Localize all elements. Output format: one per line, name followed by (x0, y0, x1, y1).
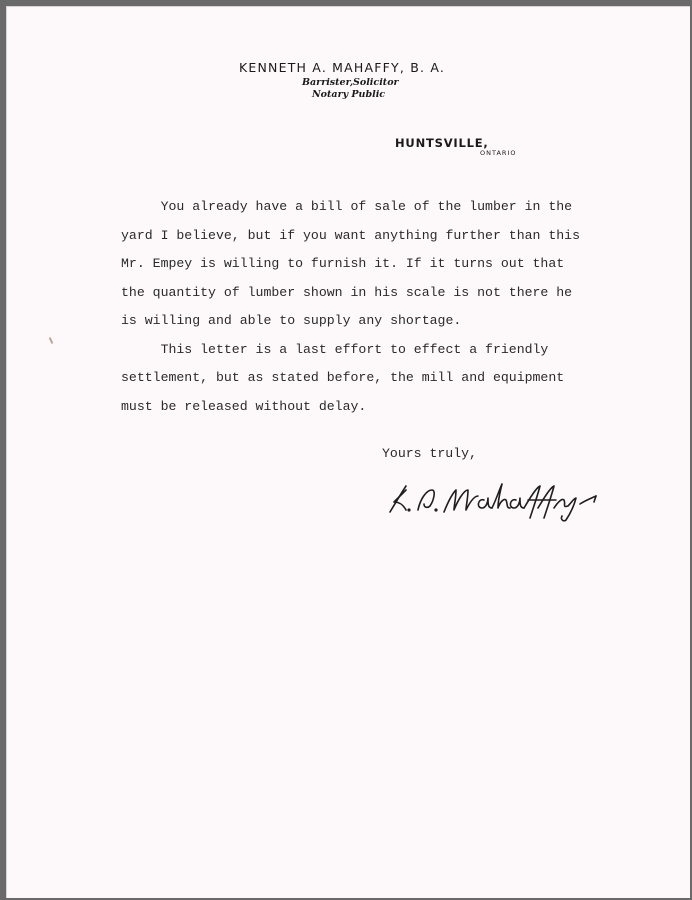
letterhead-title-notary: Notary Public (312, 89, 385, 100)
body-line: settlement, but as stated before, the mi… (121, 364, 621, 393)
letterhead-title-barrister: Barrister, (302, 77, 353, 88)
body-line: This letter is a last effort to effect a… (121, 336, 621, 365)
document-frame: KENNETH A. MAHAFFY, B. A. Barrister, Sol… (0, 0, 692, 900)
letter-page: KENNETH A. MAHAFFY, B. A. Barrister, Sol… (6, 6, 690, 898)
letterhead-name: KENNETH A. MAHAFFY, B. A. (239, 60, 479, 75)
letterhead-province: ONTARIO (480, 149, 516, 157)
letter-body: You already have a bill of sale of the l… (121, 193, 621, 421)
body-line: is willing and able to supply any shorta… (121, 307, 621, 336)
paper-speck (49, 337, 54, 344)
signature-icon (384, 478, 624, 522)
body-line: Mr. Empey is willing to furnish it. If i… (121, 250, 621, 279)
letterhead-title-solicitor: Solicitor (353, 77, 399, 88)
body-line: must be released without delay. (121, 393, 621, 422)
body-line: yard I believe, but if you want anything… (121, 222, 621, 251)
letterhead-city: HUNTSVILLE, (395, 136, 489, 150)
letter-closing: Yours truly, (382, 446, 477, 461)
body-line: the quantity of lumber shown in his scal… (121, 279, 621, 308)
body-line: You already have a bill of sale of the l… (121, 193, 621, 222)
